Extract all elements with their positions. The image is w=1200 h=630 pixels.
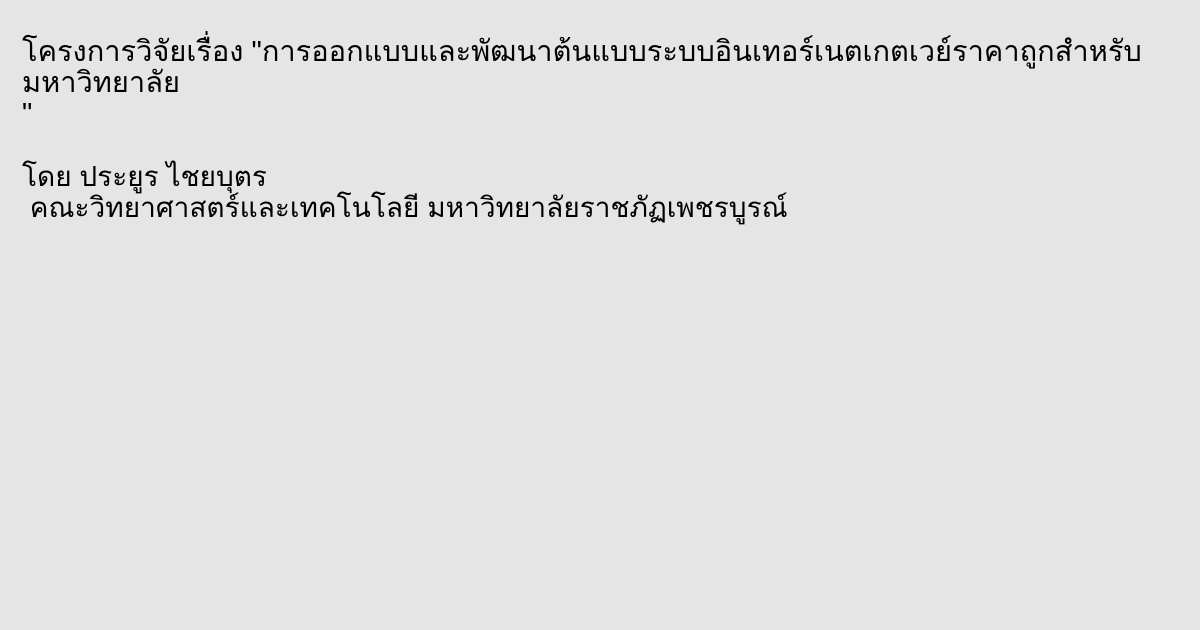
project-title: โครงการวิจัยเรื่อง "การออกแบบและพัฒนาต้น… [22, 37, 1182, 130]
affiliation-line: คณะวิทยาศาสตร์และเทคโนโลยี มหาวิทยาลัยรา… [22, 192, 1182, 223]
project-title-line-2: " [22, 99, 1182, 130]
project-title-line-1: โครงการวิจัยเรื่อง "การออกแบบและพัฒนาต้น… [22, 37, 1182, 99]
research-share-card: โครงการวิจัยเรื่อง "การออกแบบและพัฒนาต้น… [22, 37, 1182, 223]
author-byline: โดย ประยูร ไชยบุตร [22, 161, 1182, 192]
